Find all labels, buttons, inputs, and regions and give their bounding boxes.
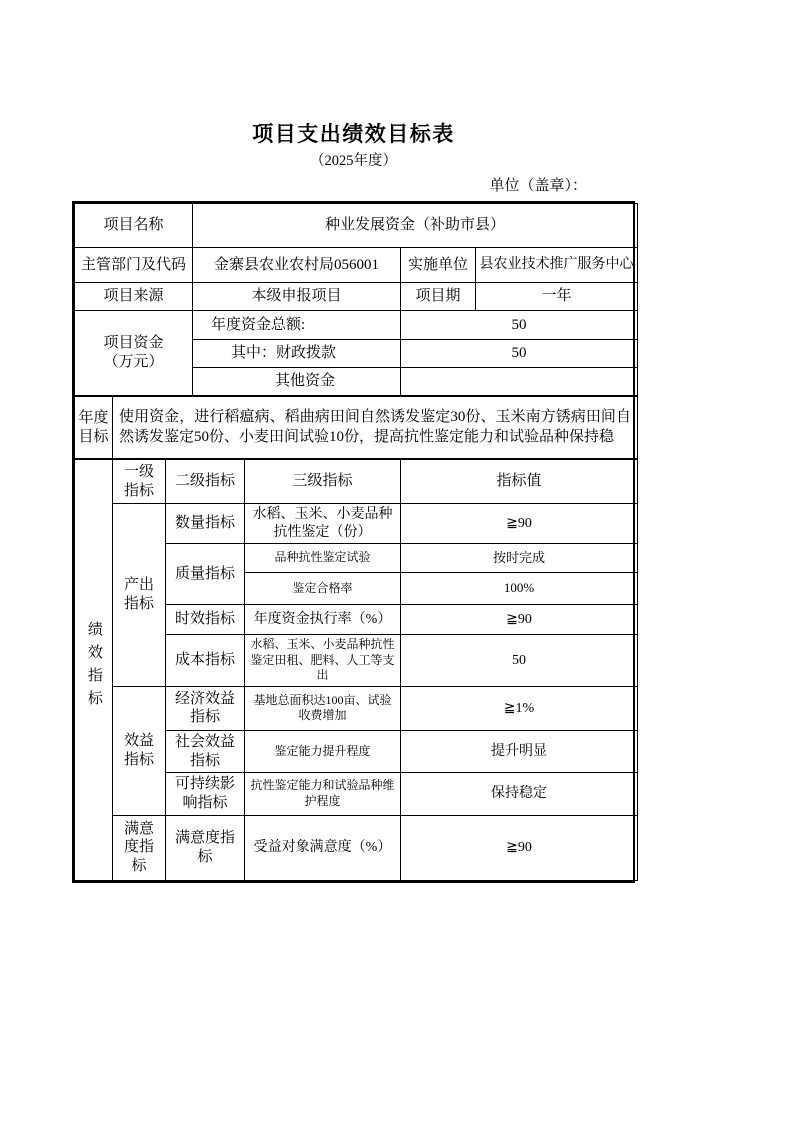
impl-unit-label: 实施单位 <box>401 248 476 283</box>
funds-fiscal-value: 50 <box>401 340 638 368</box>
satisfaction-indicator-l3: 受益对象满意度（%） <box>245 815 401 880</box>
timeliness-indicator-label: 时效指标 <box>166 605 245 635</box>
table-row: 年度目标 使用资金，进行稻瘟病、稻曲病田间自然诱发鉴定30份、玉米南方锈病田间自… <box>75 397 638 459</box>
document-page: 项目支出绩效目标表 （2025年度） 单位（盖章）： 项目名称 种业发展资金（补… <box>0 0 793 1122</box>
sustainability-value: 保持稳定 <box>401 773 638 816</box>
col-header-level1: 一级指标 <box>113 460 166 504</box>
funds-other-value <box>401 368 638 396</box>
satisfaction-indicator-value: ≧90 <box>401 815 638 880</box>
social-benefit-l3: 鉴定能力提升程度 <box>245 730 401 773</box>
timeliness-indicator-l3: 年度资金执行率（%） <box>245 605 401 635</box>
funds-total-label: 年度资金总额: <box>193 311 401 340</box>
document-body: 项目支出绩效目标表 （2025年度） 单位（盖章）： 项目名称 种业发展资金（补… <box>72 0 635 883</box>
col-header-level2: 二级指标 <box>166 460 245 504</box>
table-row: 主管部门及代码 金寨县农业农村局056001 实施单位 县农业技术推广服务中心 <box>75 248 638 283</box>
economic-benefit-l3: 基地总面积达100亩、试验收费增加 <box>245 686 401 730</box>
satisfaction-section-label: 满意度指标 <box>113 815 166 880</box>
indicator-header-row: 绩效指标 一级指标 二级指标 三级指标 指标值 <box>75 460 638 504</box>
sustainability-l3: 抗性鉴定能力和试验品种维护程度 <box>245 773 401 816</box>
funds-fiscal-label: 其中：财政拨款 <box>193 340 401 368</box>
quantity-indicator-label: 数量指标 <box>166 504 245 544</box>
page-title: 项目支出绩效目标表 <box>72 120 635 148</box>
economic-benefit-value: ≧1% <box>401 686 638 730</box>
quality-indicator-value: 按时完成 <box>401 544 638 573</box>
satisfaction-indicator-label: 满意度指标 <box>166 815 245 880</box>
funds-other-label: 其他资金 <box>193 368 401 396</box>
benefit-indicator-label: 效益指标 <box>113 686 166 815</box>
table-row: 项目来源 本级申报项目 项目期 一年 <box>75 283 638 311</box>
annual-target-text: 使用资金，进行稻瘟病、稻曲病田间自然诱发鉴定30份、玉米南方锈病田间自然诱发鉴定… <box>113 397 638 459</box>
funds-label: 项目资金 （万元） <box>75 311 193 396</box>
timeliness-indicator-value: ≧90 <box>401 605 638 635</box>
dept-label: 主管部门及代码 <box>75 248 193 283</box>
quantity-indicator-l3: 水稻、玉米、小麦品种抗性鉴定（份） <box>245 504 401 544</box>
annual-target-table: 年度目标 使用资金，进行稻瘟病、稻曲病田间自然诱发鉴定30份、玉米南方锈病田间自… <box>74 396 638 459</box>
dept-value: 金寨县农业农村局056001 <box>193 248 401 283</box>
col-header-value: 指标值 <box>401 460 638 504</box>
project-name-value: 种业发展资金（补助市县） <box>193 204 638 248</box>
cost-indicator-label: 成本指标 <box>166 635 245 687</box>
table-row: 产出指标 数量指标 水稻、玉米、小麦品种抗性鉴定（份） ≧90 <box>75 504 638 544</box>
pass-rate-value: 100% <box>401 573 638 605</box>
page-subtitle: （2025年度） <box>72 150 635 172</box>
period-value: 一年 <box>476 283 638 311</box>
social-benefit-value: 提升明显 <box>401 730 638 773</box>
project-name-label: 项目名称 <box>75 204 193 248</box>
economic-benefit-label: 经济效益指标 <box>166 686 245 730</box>
quantity-indicator-value: ≧90 <box>401 504 638 544</box>
output-indicator-label: 产出指标 <box>113 504 166 687</box>
cost-indicator-value: 50 <box>401 635 638 687</box>
sustainability-label: 可持续影响指标 <box>166 773 245 816</box>
source-value: 本级申报项目 <box>193 283 401 311</box>
funds-total-value: 50 <box>401 311 638 340</box>
social-benefit-label: 社会效益指标 <box>166 730 245 773</box>
table-row: 项目资金 （万元） 年度资金总额: 50 <box>75 311 638 340</box>
basic-info-table: 项目名称 种业发展资金（补助市县） 主管部门及代码 金寨县农业农村局056001… <box>74 203 638 396</box>
cost-indicator-l3: 水稻、玉米、小麦品种抗性鉴定田租、肥料、人工等支出 <box>245 635 401 687</box>
col-header-level3: 三级指标 <box>245 460 401 504</box>
quality-indicator-l3: 品种抗性鉴定试验 <box>245 544 401 573</box>
table-row: 效益指标 经济效益指标 基地总面积达100亩、试验收费增加 ≧1% <box>75 686 638 730</box>
unit-seal-label: 单位（盖章）： <box>72 176 635 196</box>
period-label: 项目期 <box>401 283 476 311</box>
source-label: 项目来源 <box>75 283 193 311</box>
annual-target-label: 年度目标 <box>75 397 113 459</box>
performance-section-label-text: 绩效指标 <box>84 621 103 713</box>
pass-rate-l3: 鉴定合格率 <box>245 573 401 605</box>
performance-target-table: 项目名称 种业发展资金（补助市县） 主管部门及代码 金寨县农业农村局056001… <box>72 201 635 883</box>
impl-unit-value: 县农业技术推广服务中心 <box>476 248 638 283</box>
quality-indicator-label: 质量指标 <box>166 544 245 605</box>
table-row: 项目名称 种业发展资金（补助市县） <box>75 204 638 248</box>
performance-section-label: 绩效指标 <box>75 460 113 881</box>
table-row: 满意度指标 满意度指标 受益对象满意度（%） ≧90 <box>75 815 638 880</box>
indicator-table: 绩效指标 一级指标 二级指标 三级指标 指标值 产出指标 数量指标 水稻、玉米、… <box>74 459 638 881</box>
